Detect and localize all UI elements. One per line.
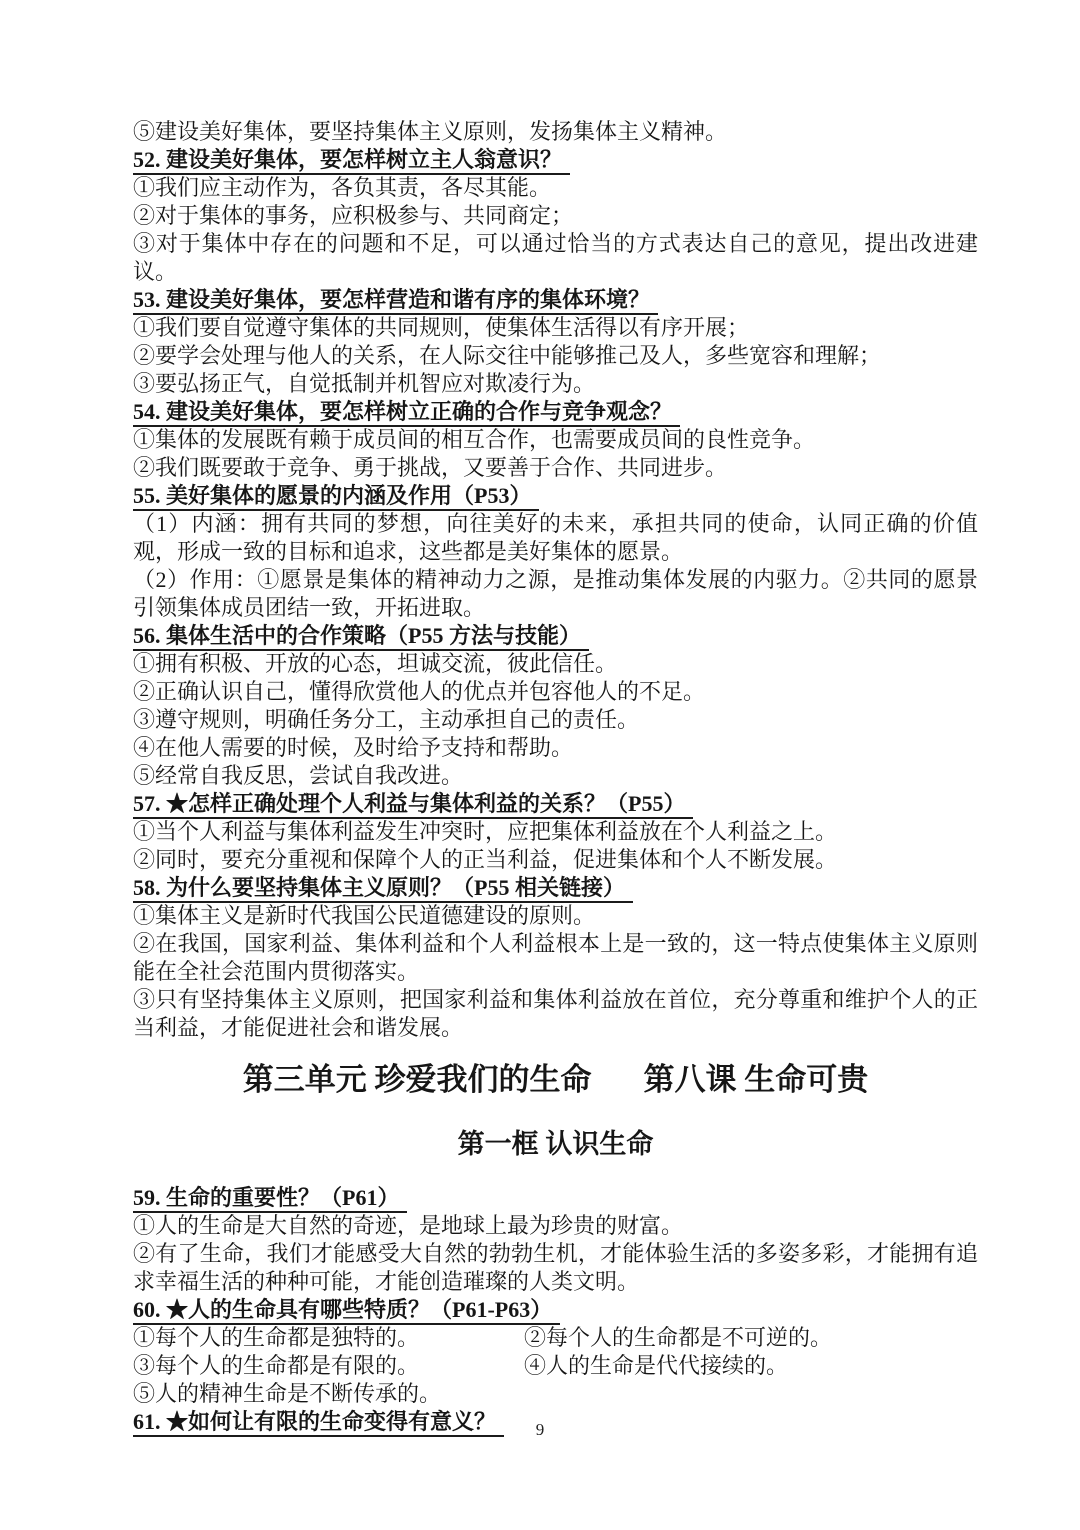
unit-heading: 第三单元 珍爱我们的生命第八课 生命可贵 <box>133 1060 978 1100</box>
question-title: 57. ★怎样正确处理个人利益与集体利益的关系？（P55） <box>133 790 978 818</box>
answer-line: ②有了生命，我们才能感受大自然的勃勃生机，才能体验生活的多姿多彩，才能拥有追求幸… <box>133 1240 978 1296</box>
answer-line: ①当个人利益与集体利益发生冲突时，应把集体利益放在个人利益之上。 <box>133 818 978 846</box>
answer-line: ①每个人的生命都是独特的。 <box>133 1324 524 1352</box>
answer-line: ②每个人的生命都是不可逆的。 <box>524 1324 832 1352</box>
answer-line: ③只有坚持集体主义原则，把国家利益和集体利益放在首位，充分尊重和维护个人的正当利… <box>133 986 978 1042</box>
answer-line: ①集体的发展既有赖于成员间的相互合作，也需要成员间的良性竞争。 <box>133 426 978 454</box>
answer-line-pair: ①每个人的生命都是独特的。 ②每个人的生命都是不可逆的。 <box>133 1324 978 1352</box>
answer-line: ①集体主义是新时代我国公民道德建设的原则。 <box>133 902 978 930</box>
answer-line: （1）内涵：拥有共同的梦想，向往美好的未来，承担共同的使命，认同正确的价值观，形… <box>133 510 978 566</box>
answer-line: ②正确认识自己，懂得欣赏他人的优点并包容他人的不足。 <box>133 678 978 706</box>
closing-point-line: ⑤建设美好集体，要坚持集体主义原则，发扬集体主义精神。 <box>133 118 978 146</box>
question-title: 58. 为什么要坚持集体主义原则？（P55 相关链接） <box>133 874 978 902</box>
question-title: 56. 集体生活中的合作策略（P55 方法与技能） <box>133 622 978 650</box>
question-title: 55. 美好集体的愿景的内涵及作用（P53） <box>133 482 978 510</box>
answer-line: （2）作用：①愿景是集体的精神动力之源，是推动集体发展的内驱力。②共同的愿景引领… <box>133 566 978 622</box>
answer-line: ④在他人需要的时候，及时给予支持和帮助。 <box>133 734 978 762</box>
answer-line: ②同时，要充分重视和保障个人的正当利益，促进集体和个人不断发展。 <box>133 846 978 874</box>
content-column: ⑤建设美好集体，要坚持集体主义原则，发扬集体主义精神。 52. 建设美好集体，要… <box>133 118 978 1436</box>
answer-line: ④人的生命是代代接续的。 <box>524 1352 788 1380</box>
answer-line: ③对于集体中存在的问题和不足，可以通过恰当的方式表达自己的意见，提出改进建议。 <box>133 230 978 286</box>
answer-line: ②要学会处理与他人的关系，在人际交往中能够推己及人，多些宽容和理解； <box>133 342 978 370</box>
question-title: 59. 生命的重要性？（P61） <box>133 1184 978 1212</box>
question-title: 54. 建设美好集体，要怎样树立正确的合作与竞争观念？ <box>133 398 978 426</box>
question-title: 53. 建设美好集体，要怎样营造和谐有序的集体环境？ <box>133 286 978 314</box>
answer-line: ①我们要自觉遵守集体的共同规则，使集体生活得以有序开展； <box>133 314 978 342</box>
answer-line: ⑤经常自我反思，尝试自我改进。 <box>133 762 978 790</box>
frame-heading: 第一框 认识生命 <box>133 1126 978 1162</box>
answer-line: ③遵守规则，明确任务分工，主动承担自己的责任。 <box>133 706 978 734</box>
answer-line: ③要弘扬正气，自觉抵制并机智应对欺凌行为。 <box>133 370 978 398</box>
document-page: ⑤建设美好集体，要坚持集体主义原则，发扬集体主义精神。 52. 建设美好集体，要… <box>0 0 1080 1530</box>
question-title: 60. ★人的生命具有哪些特质？（P61-P63） <box>133 1296 978 1324</box>
lesson-title: 第八课 生命可贵 <box>644 1062 869 1097</box>
answer-line: ①我们应主动作为，各负其责，各尽其能。 <box>133 174 978 202</box>
answer-line: ①拥有积极、开放的心态，坦诚交流，彼此信任。 <box>133 650 978 678</box>
answer-line: ⑤人的精神生命是不断传承的。 <box>133 1380 978 1408</box>
answer-line: ③每个人的生命都是有限的。 <box>133 1352 524 1380</box>
answer-line: ①人的生命是大自然的奇迹，是地球上最为珍贵的财富。 <box>133 1212 978 1240</box>
answer-line-pair: ③每个人的生命都是有限的。 ④人的生命是代代接续的。 <box>133 1352 978 1380</box>
page-number: 9 <box>0 1420 1080 1440</box>
answer-line: ②在我国，国家利益、集体利益和个人利益根本上是一致的，这一特点使集体主义原则能在… <box>133 930 978 986</box>
question-title: 52. 建设美好集体，要怎样树立主人翁意识？ <box>133 146 978 174</box>
unit-title: 第三单元 珍爱我们的生命 <box>243 1062 592 1097</box>
answer-line: ②我们既要敢于竞争、勇于挑战，又要善于合作、共同进步。 <box>133 454 978 482</box>
answer-line: ②对于集体的事务，应积极参与、共同商定； <box>133 202 978 230</box>
